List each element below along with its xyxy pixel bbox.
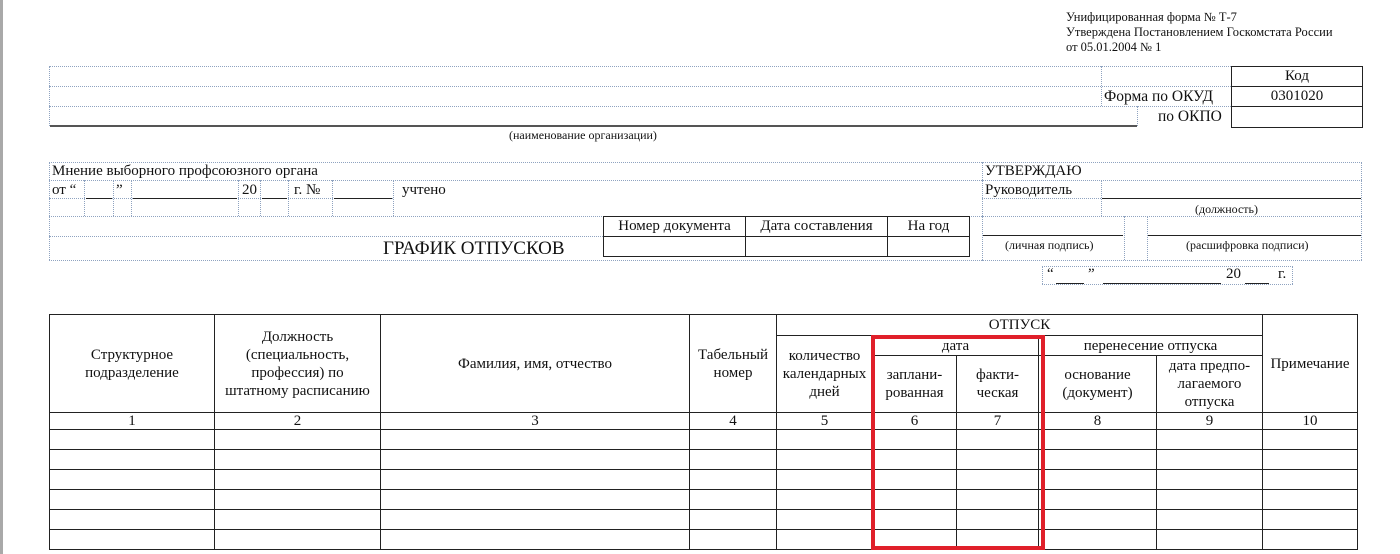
- form-number: Унифицированная форма № Т-7: [1066, 10, 1333, 25]
- column-number: 8: [1039, 413, 1157, 430]
- table-cell[interactable]: [1039, 530, 1157, 550]
- table-row: [50, 470, 1358, 490]
- table-row: [50, 450, 1358, 470]
- doc-year-field[interactable]: [888, 237, 970, 257]
- approve-title: УТВЕРЖДАЮ: [985, 163, 1082, 180]
- table-cell[interactable]: [381, 530, 690, 550]
- okud-label: Форма по ОКУД: [1104, 88, 1213, 105]
- header-structural-unit: Структурное подразделение: [50, 315, 215, 413]
- header-transfer-basis: основание (документ): [1039, 356, 1157, 413]
- highlight-date-columns: [871, 335, 1045, 550]
- table-cell[interactable]: [1263, 510, 1358, 530]
- table-cell[interactable]: [690, 450, 777, 470]
- column-number: 10: [1263, 413, 1358, 430]
- header-full-name: Фамилия, имя, отчество: [381, 315, 690, 413]
- table-cell[interactable]: [777, 470, 873, 490]
- doc-date-field[interactable]: [746, 237, 888, 257]
- vacation-schedule-table: Структурное подразделение Должность (спе…: [49, 314, 1358, 550]
- okpo-label: по ОКПО: [1158, 108, 1222, 125]
- table-cell[interactable]: [381, 490, 690, 510]
- table-cell[interactable]: [215, 430, 381, 450]
- table-cell[interactable]: [690, 430, 777, 450]
- header-transfer-group: перенесение отпуска: [1039, 336, 1263, 356]
- approval-day-field[interactable]: [1056, 267, 1084, 284]
- table-cell[interactable]: [381, 510, 690, 530]
- signature-field[interactable]: [983, 217, 1123, 236]
- signature-caption: (личная подпись): [1005, 237, 1094, 254]
- table-cell[interactable]: [50, 430, 215, 450]
- header-expected-date: дата предпо- лагаемого отпуска: [1157, 356, 1263, 413]
- head-position-field[interactable]: [1102, 182, 1361, 199]
- table-cell[interactable]: [690, 470, 777, 490]
- table-cell[interactable]: [1157, 450, 1263, 470]
- union-date-from-label: от “: [52, 182, 76, 199]
- table-cell[interactable]: [777, 510, 873, 530]
- form-header-note: Унифицированная форма № Т-7 Утверждена П…: [1066, 10, 1333, 55]
- okud-code-field[interactable]: 0301020: [1232, 87, 1362, 107]
- table-cell[interactable]: [50, 450, 215, 470]
- union-number-label: г. №: [294, 182, 320, 199]
- table-cell[interactable]: [690, 510, 777, 530]
- doc-date-header: Дата составления: [746, 217, 888, 237]
- union-month-field[interactable]: [133, 182, 237, 199]
- table-cell[interactable]: [215, 450, 381, 470]
- table-cell[interactable]: [1263, 450, 1358, 470]
- union-opinion-title: Мнение выборного профсоюзного органа: [52, 163, 318, 180]
- organization-caption: (наименование организации): [509, 127, 657, 144]
- head-label: Руководитель: [985, 182, 1072, 199]
- page-edge: [0, 0, 3, 554]
- table-cell[interactable]: [1039, 450, 1157, 470]
- union-quote-close: ”: [116, 182, 123, 199]
- table-cell[interactable]: [1157, 430, 1263, 450]
- table-cell[interactable]: [381, 430, 690, 450]
- doc-number-header: Номер документа: [604, 217, 746, 237]
- signature-decoding-field[interactable]: [1148, 217, 1361, 236]
- table-cell[interactable]: [777, 490, 873, 510]
- approval-quote-close: ”: [1088, 266, 1095, 283]
- table-row: [50, 530, 1358, 550]
- table-cell[interactable]: [1263, 490, 1358, 510]
- table-cell[interactable]: [1263, 430, 1358, 450]
- union-considered-label: учтено: [402, 182, 446, 199]
- approval-year-prefix: 20: [1226, 266, 1241, 283]
- doc-year-header: На год: [888, 217, 970, 237]
- table-cell[interactable]: [1157, 470, 1263, 490]
- header-vacation-group: ОТПУСК: [777, 315, 1263, 336]
- table-cell[interactable]: [381, 470, 690, 490]
- table-cell[interactable]: [215, 510, 381, 530]
- column-number: 3: [381, 413, 690, 430]
- table-cell[interactable]: [215, 490, 381, 510]
- organization-name-field[interactable]: [50, 107, 1137, 127]
- column-number: 2: [215, 413, 381, 430]
- approval-decree: Утверждена Постановлением Госкомстата Ро…: [1066, 25, 1333, 40]
- union-year-prefix: 20: [242, 182, 257, 199]
- table-cell[interactable]: [1039, 430, 1157, 450]
- table-cell[interactable]: [1039, 490, 1157, 510]
- table-cell[interactable]: [381, 450, 690, 470]
- column-number: 4: [690, 413, 777, 430]
- column-number: 1: [50, 413, 215, 430]
- header-personnel-number: Табельный номер: [690, 315, 777, 413]
- table-cell[interactable]: [50, 470, 215, 490]
- approval-year-field[interactable]: [1245, 267, 1269, 284]
- table-cell[interactable]: [1157, 490, 1263, 510]
- header-calendar-days: количество календарных дней: [777, 336, 873, 413]
- table-row: [50, 490, 1358, 510]
- table-cell[interactable]: [1157, 510, 1263, 530]
- column-number: 5: [777, 413, 873, 430]
- table-cell[interactable]: [1039, 470, 1157, 490]
- approval-quote-open: “: [1047, 266, 1054, 283]
- table-row: [50, 430, 1358, 450]
- table-cell[interactable]: [690, 490, 777, 510]
- table-cell[interactable]: [777, 430, 873, 450]
- decree-date: от 05.01.2004 № 1: [1066, 40, 1333, 55]
- document-title: ГРАФИК ОТПУСКОВ: [383, 239, 565, 259]
- union-number-field[interactable]: [334, 182, 392, 199]
- table-cell[interactable]: [215, 530, 381, 550]
- union-day-field[interactable]: [86, 182, 112, 199]
- table-cell[interactable]: [777, 450, 873, 470]
- table-cell[interactable]: [50, 490, 215, 510]
- okpo-code-field[interactable]: [1232, 107, 1362, 126]
- table-cell[interactable]: [1157, 530, 1263, 550]
- approval-month-field[interactable]: [1103, 267, 1221, 284]
- position-caption: (должность): [1195, 201, 1258, 218]
- table-cell[interactable]: [1263, 470, 1358, 490]
- column-numbers-row: 1 2 3 4 5 6 7 8 9 10: [50, 413, 1358, 430]
- codes-header: Код: [1232, 67, 1362, 87]
- approval-year-suffix: г.: [1278, 266, 1286, 283]
- header-position: Должность (специальность, профессия) по …: [215, 315, 381, 413]
- decoding-caption: (расшифровка подписи): [1186, 237, 1309, 254]
- table-row: [50, 510, 1358, 530]
- column-number: 9: [1157, 413, 1263, 430]
- header-note: Примечание: [1263, 315, 1358, 413]
- table-cell[interactable]: [777, 530, 873, 550]
- codes-table: Код 0301020: [1231, 66, 1363, 128]
- table-cell[interactable]: [1039, 510, 1157, 530]
- table-cell[interactable]: [690, 530, 777, 550]
- doc-number-field[interactable]: [604, 237, 746, 257]
- table-cell[interactable]: [50, 510, 215, 530]
- table-cell[interactable]: [215, 470, 381, 490]
- table-cell[interactable]: [50, 530, 215, 550]
- table-cell[interactable]: [1263, 530, 1358, 550]
- union-year-field[interactable]: [262, 182, 287, 199]
- document-info-table: Номер документа Дата составления На год: [603, 216, 970, 257]
